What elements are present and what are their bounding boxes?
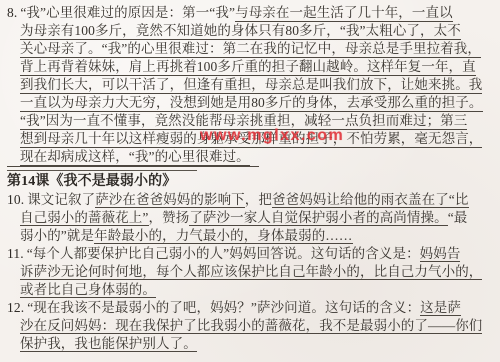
text-line: 诉萨沙无论何时何地，每个人都应该保护比自己年龄小的，比自己力气小的， xyxy=(7,263,494,281)
item-number: 12. xyxy=(7,299,24,317)
text-segment: 萨沙在爸爸妈妈的影响下 xyxy=(95,192,245,209)
text-segment: 与母亲在一起生活了几十年，一直以 xyxy=(235,5,453,22)
text-segment: 弱小的”就是 xyxy=(20,228,94,243)
text-segment: 或者比自己身体弱的。 xyxy=(20,282,156,299)
text-line: 12.“现在我该不是最弱小的了吧，妈妈？”萨沙问道。这句话的含义：这是萨 xyxy=(7,299,494,317)
text-segment: 第14课《我不是最弱小的》 xyxy=(7,174,176,189)
text-segment: 一直以为母亲力大无穷，没想到她是用80多斤的身体，去承受那么重的担子。 xyxy=(20,95,483,112)
text-segment: 现在却病成这样，“我”的心里很难过。 xyxy=(20,149,250,166)
scanned-worksheet-page: 8.“我”心里很难过的原因是：第一“我”与母亲在一起生活了几十年，一直以为母亲有… xyxy=(0,0,500,362)
text-line: 自己弱小的蔷薇花上”，赞扬了萨沙一家人自觉保护弱小者的高尚情操。“最 xyxy=(7,209,494,227)
text-segment: 背上再背着妹妹，肩上再挑着100多斤重的担子翻山越岭。这样年复一年，直 xyxy=(20,59,476,76)
text-segment: “最 xyxy=(448,210,468,225)
text-segment: 关心母亲了。“我”的心里很难过：第二在我的记忆中，母亲总是手里拉着我， xyxy=(20,41,481,58)
text-line: 弱小的”就是年龄最小的，力气最小的，身体最弱的…… xyxy=(7,227,494,245)
text-segment: 为母亲有100多斤，竟然不知道她的身体只有80多斤，“我”太粗心了，太不 xyxy=(20,23,461,40)
item-number: 11. xyxy=(7,245,24,263)
item-number: 8. xyxy=(7,4,17,22)
text-segment: 这是萨 xyxy=(420,300,461,317)
text-line: 11.“每个人都要保护比自己弱小的人”妈妈回答说。这句话的含义是：妈妈告 xyxy=(7,245,494,263)
scanned-document: 8.“我”心里很难过的原因是：第一“我”与母亲在一起生活了几十年，一直以为母亲有… xyxy=(0,0,500,353)
item-number: 10. xyxy=(7,191,24,209)
section-divider xyxy=(7,166,494,171)
text-line: 10.课文记叙了萨沙在爸爸妈妈的影响下，把爸爸妈妈让给他的雨衣盖在了“比 xyxy=(7,191,494,209)
watermark-link: www.mglxx.com xyxy=(200,127,344,145)
divider-rule xyxy=(7,170,197,171)
text-segment: 沙在反问妈妈：现在我保护了比我弱小的蔷薇花，我不是最弱小的了——你们 xyxy=(20,318,482,335)
text-segment: ，把 xyxy=(245,192,272,207)
text-segment: 自己弱小的蔷薇花上” xyxy=(20,210,149,227)
text-line: 关心母亲了。“我”的心里很难过：第二在我的记忆中，母亲总是手里拉着我， xyxy=(7,40,494,58)
text-segment: “现在我该不是最弱小的了吧，妈妈？”萨沙问道。这句话的含义： xyxy=(27,300,420,315)
text-segment: 了萨沙一家人自觉保护弱小者的高尚情操。 xyxy=(189,210,447,227)
text-segment: 爸爸妈妈让给他的雨衣盖在了“比 xyxy=(272,192,469,209)
text-segment: 到我们长大，可以干活了，但逢有重担，母亲总是叫我们放下，让她来挑。我 xyxy=(20,77,482,94)
text-line: 背上再背着妹妹，肩上再挑着100多斤重的担子翻山越岭。这样年复一年，直 xyxy=(7,58,494,76)
text-segment: 诉萨沙无论何时何地，每个人都应该保护比自己年龄小的，比自己力气小的， xyxy=(20,264,482,281)
lesson-heading: 第14课《我不是最弱小的》 xyxy=(7,173,494,191)
divider-rule xyxy=(7,166,259,167)
text-segment: “我”心里很难过的原因是：第一“我” xyxy=(20,5,235,20)
text-line: 为母亲有100多斤，竟然不知道她的身体只有80多斤，“我”太粗心了，太不 xyxy=(7,22,494,40)
text-line: 或者比自己身体弱的。 xyxy=(7,281,494,299)
text-line: 一直以为母亲力大无穷，没想到她是用80多斤的身体，去承受那么重的担子。 xyxy=(7,94,494,112)
text-line: 到我们长大，可以干活了，但逢有重担，母亲总是叫我们放下，让她来挑。我 xyxy=(7,76,494,94)
text-segment: 课文记叙了 xyxy=(27,192,95,207)
text-segment: 年龄最小的，力气最小的，身体最弱的…… xyxy=(94,228,352,245)
text-segment: ，赞扬 xyxy=(149,210,190,225)
text-line: 8.“我”心里很难过的原因是：第一“我”与母亲在一起生活了几十年，一直以 xyxy=(7,4,494,22)
text-line: 保护我，我也能保护别人了。 xyxy=(7,335,494,353)
text-segment: “每个人都要保护比自己弱小的人”妈妈回答说。这句话的含义是： xyxy=(27,246,420,261)
text-segment: 妈妈告 xyxy=(420,246,461,263)
text-line: 沙在反问妈妈：现在我保护了比我弱小的蔷薇花，我不是最弱小的了——你们 xyxy=(7,317,494,335)
text-segment: 保护我，我也能保护别人了。 xyxy=(20,336,197,353)
text-line: 现在却病成这样，“我”的心里很难过。 xyxy=(7,148,494,166)
